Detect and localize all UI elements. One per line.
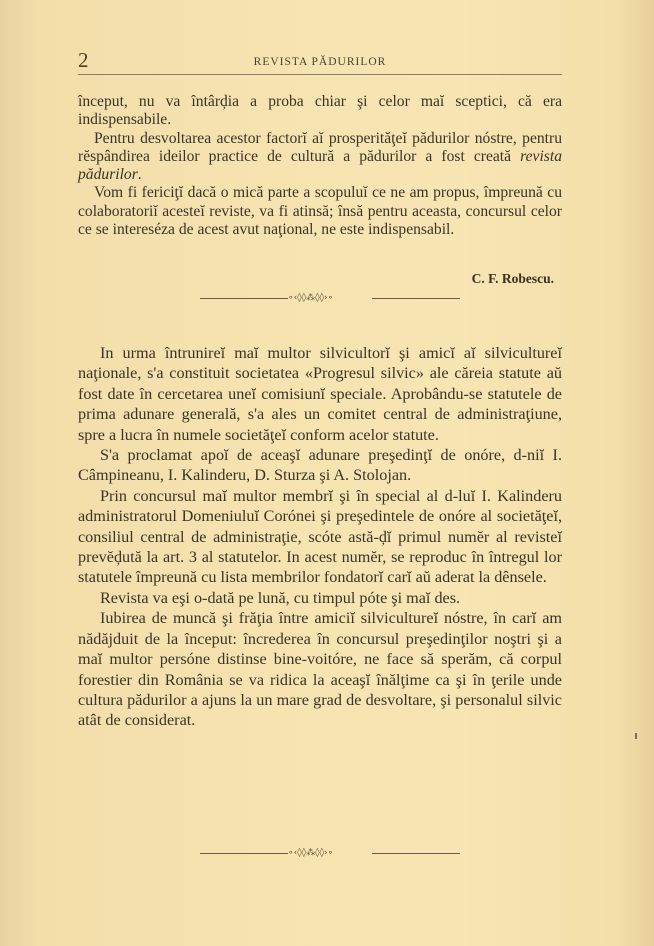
society-announcement: In urma întrunireĭ maĭ multor silviculto…	[78, 343, 562, 731]
paragraph: S'a proclamat apoĭ de aceaşĭ adunare pre…	[78, 445, 562, 486]
page-header: 2 REVISTA PĂDURILOR	[78, 48, 562, 74]
signature: C. F. Robescu.	[472, 271, 554, 287]
paragraph: Pentru desvoltarea acestor factorĭ aĭ pr…	[78, 130, 562, 185]
scan-mark	[635, 733, 637, 739]
ornament-divider: ∘‹◊◊⁂◊◊›∘	[200, 848, 460, 858]
editorial-section: început, nu va întârḑia a proba chiar şi…	[78, 93, 562, 239]
paragraph: Vom fi fericiţĭ dacă o mică parte a scop…	[78, 184, 562, 239]
paragraph: Revista va eşi o-dată pe lună, cu timpul…	[78, 588, 562, 608]
paragraph: Iubirea de muncă şi frăţia între amiciĭ …	[78, 608, 562, 730]
header-rule	[78, 74, 562, 75]
paragraph: In urma întrunireĭ maĭ multor silviculto…	[78, 343, 562, 445]
ornament-icon: ∘‹◊◊⁂◊◊›∘	[288, 293, 333, 303]
running-title: REVISTA PĂDURILOR	[78, 56, 562, 68]
ornament-icon: ∘‹◊◊⁂◊◊›∘	[288, 848, 333, 858]
ornament-divider: ∘‹◊◊⁂◊◊›∘	[200, 293, 460, 303]
paragraph: început, nu va întârḑia a proba chiar şi…	[78, 93, 562, 130]
paragraph: Prin concursul maĭ multor membrĭ şi în s…	[78, 486, 562, 588]
